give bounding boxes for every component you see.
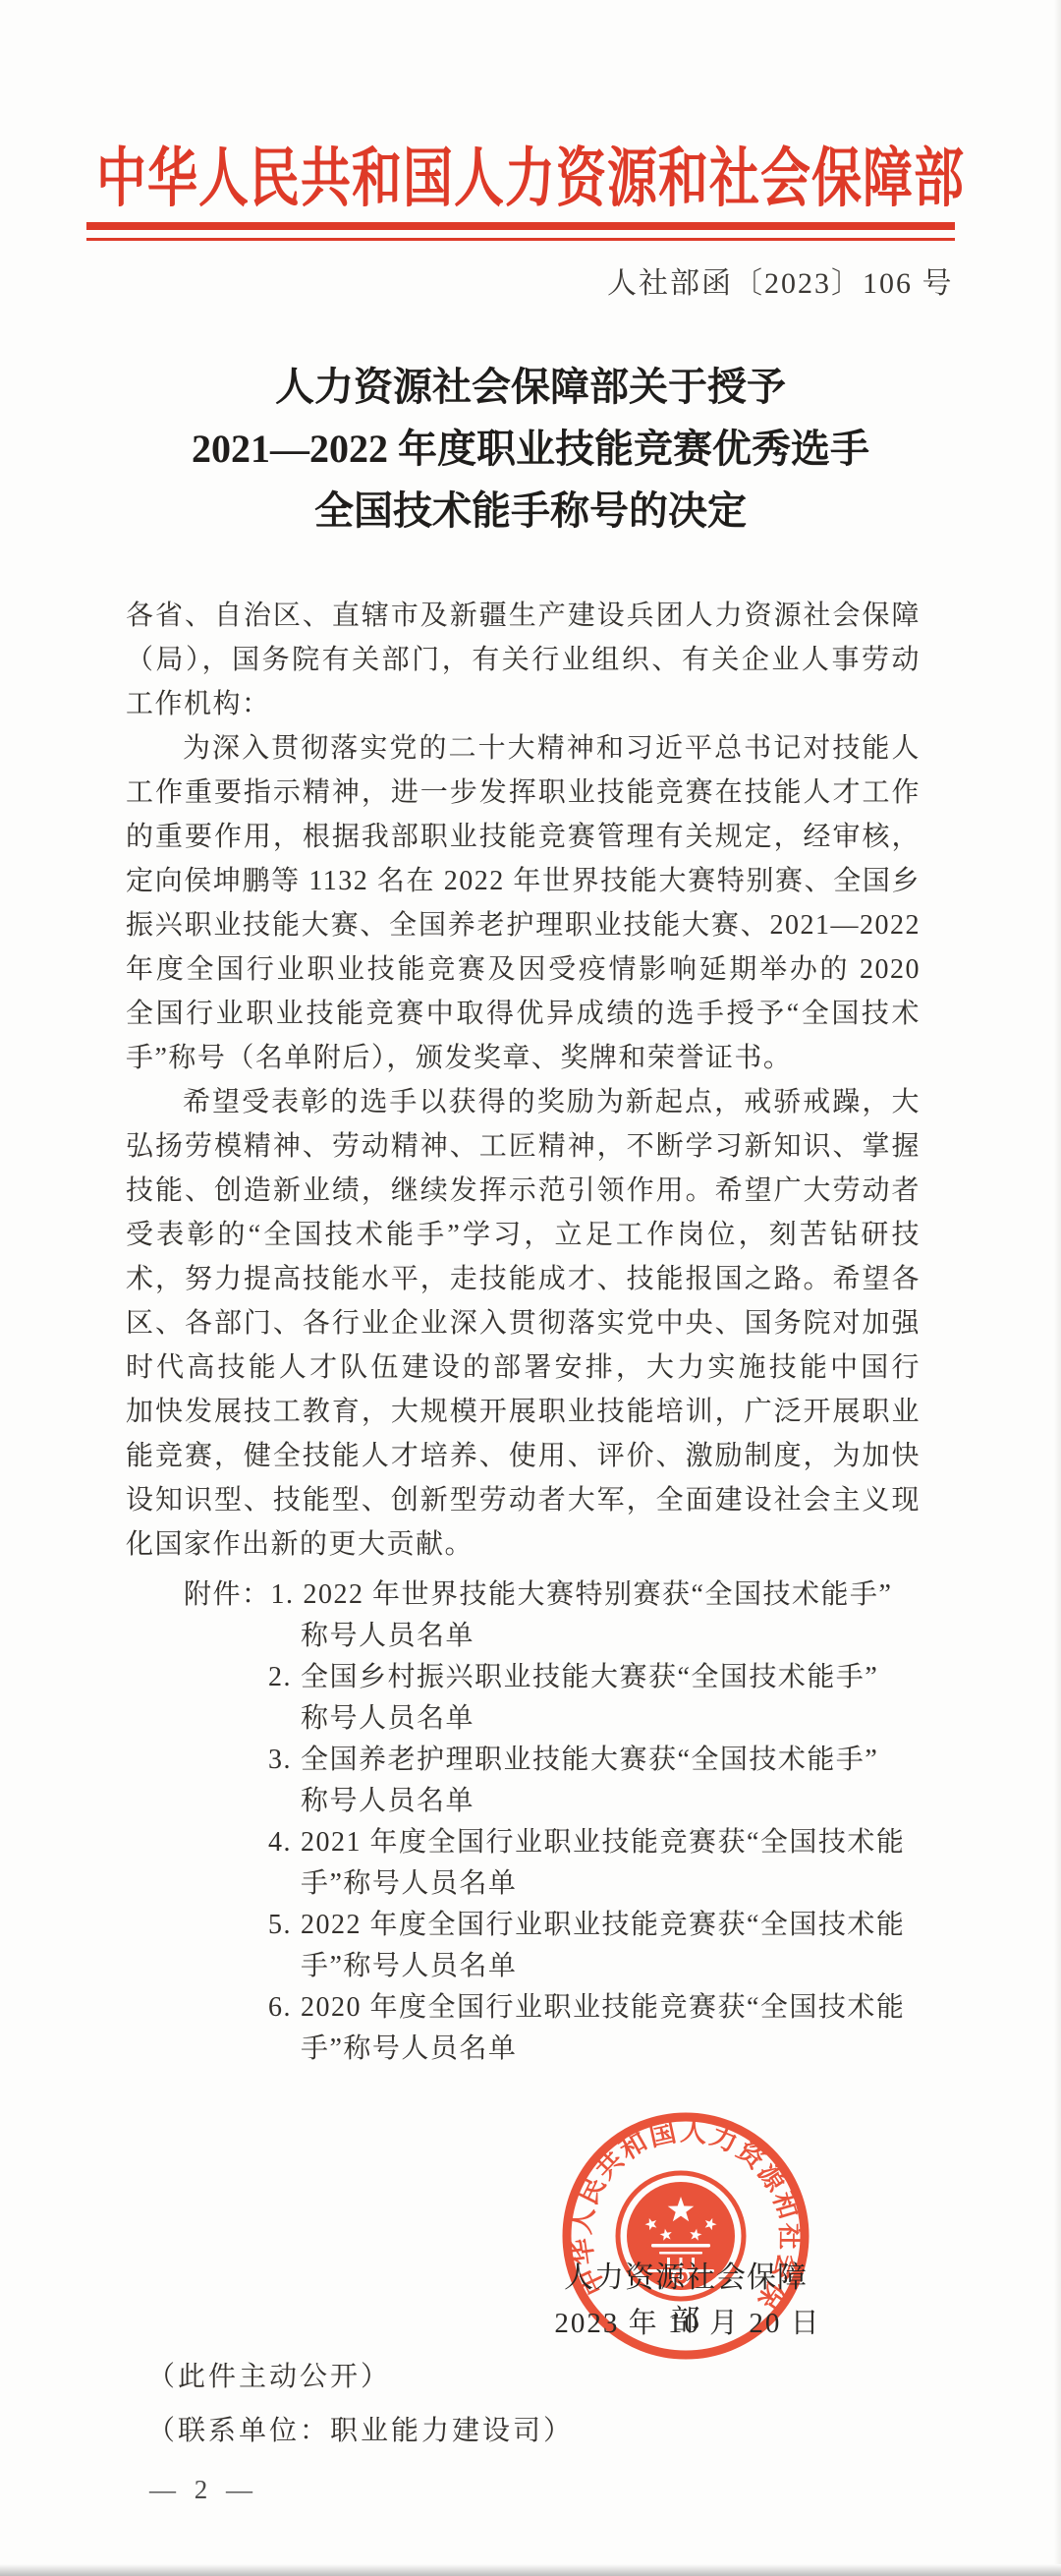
signature-date: 2023 年 10 月 20 日 [530, 2301, 845, 2341]
scanned-official-letter: 中华人民共和国人力资源和社会保障部 人社部函〔2023〕106 号 人力资源社会… [0, 0, 1061, 2576]
body-line: 能竞赛，健全技能人才培养、使用、评价、激励制度，为加快建 [126, 1434, 921, 1478]
attachment-number: 2. [268, 1657, 301, 1698]
attachment-row: 6.2020 年度全国行业职业技能竞赛获“全国技术能 [184, 1987, 950, 2029]
document-title: 人力资源社会保障部关于授予 2021—2022 年度职业技能竞赛优秀选手 全国技… [0, 356, 1061, 542]
body-line: 为深入贯彻落实党的二十大精神和习近平总书记对技能人才 [126, 726, 921, 771]
red-rule-thin [86, 238, 955, 241]
attachment-number: 3. [268, 1740, 301, 1781]
title-line-1: 人力资源社会保障部关于授予 [0, 356, 1061, 418]
attachment-row: 称号人员名单 [184, 1781, 950, 1822]
body-line: 化国家作出新的更大贡献。 [126, 1522, 921, 1567]
body-line: 技能、创造新业绩，继续发挥示范引领作用。希望广大劳动者向 [126, 1169, 921, 1213]
title-line-3: 全国技术能手称号的决定 [0, 480, 1061, 542]
body-line: 术，努力提高技能水平，走技能成才、技能报国之路。希望各地 [126, 1257, 921, 1301]
attachment-text: 2022 年世界技能大赛特别赛获“全国技术能手” [304, 1579, 893, 1610]
body-line: 手”称号（名单附后），颁发奖章、奖牌和荣誉证书。 [126, 1036, 921, 1080]
body-line: 工作重要指示精神，进一步发挥职业技能竞赛在技能人才工作中 [126, 771, 921, 815]
attachment-text: 2021 年度全国行业职业技能竞赛获“全国技术能 [301, 1827, 905, 1858]
red-rule-thick [86, 222, 955, 230]
body-line: （局），国务院有关部门，有关行业组织、有关企业人事劳动保障 [126, 638, 921, 682]
attachment-label: 附件： [184, 1579, 271, 1610]
note-proactive-disclosure: （此件主动公开） [147, 2355, 391, 2394]
attachment-row: 5.2022 年度全国行业职业技能竞赛获“全国技术能 [184, 1905, 950, 1946]
body-line: 工作机构： [126, 682, 921, 726]
attachment-row: 手”称号人员名单 [184, 2029, 950, 2070]
body-line: 加快发展技工教育，大规模开展职业技能培训，广泛开展职业技 [126, 1390, 921, 1434]
attachment-number: 5. [268, 1905, 301, 1946]
body-line: 的重要作用，根据我部职业技能竞赛管理有关规定，经审核，决 [126, 815, 921, 859]
attachment-row: 手”称号人员名单 [184, 1946, 950, 1987]
body-line: 定向侯坤鹏等 1132 名在 2022 年世界技能大赛特别赛、全国乡村 [126, 859, 921, 903]
page-number: — 2 — [149, 2475, 258, 2505]
scan-edge-right [1054, 0, 1061, 2576]
title-line-2: 2021—2022 年度职业技能竞赛优秀选手 [0, 418, 1061, 480]
body-line: 振兴职业技能大赛、全国养老护理职业技能大赛、2021—2022 [126, 903, 921, 947]
attachment-number: 6. [268, 1987, 301, 2029]
body-line: 时代高技能人才队伍建设的部署安排，大力实施技能中国行动， [126, 1345, 921, 1390]
attachment-row: 2.全国乡村振兴职业技能大赛获“全国技术能手” [184, 1657, 950, 1698]
document-number: 人社部函〔2023〕106 号 [607, 258, 954, 302]
attachment-row: 4.2021 年度全国行业职业技能竞赛获“全国技术能 [184, 1822, 950, 1863]
body-line: 全国行业职业技能竞赛中取得优异成绩的选手授予“全国技术能 [126, 992, 921, 1036]
attachment-row: 附件：1.2022 年世界技能大赛特别赛获“全国技术能手” [184, 1574, 950, 1616]
attachment-row: 手”称号人员名单 [184, 1863, 950, 1905]
letter-body: 各省、自治区、直辖市及新疆生产建设兵团人力资源社会保障厅 （局），国务院有关部门… [126, 594, 921, 1567]
body-line: 年度全国行业职业技能竞赛及因受疫情影响延期举办的 2020 年 [126, 947, 921, 992]
body-line: 各省、自治区、直辖市及新疆生产建设兵团人力资源社会保障厅 [126, 594, 921, 638]
letterhead-org-title: 中华人民共和国人力资源和社会保障部 [0, 126, 1061, 219]
attachment-list: 附件：1.2022 年世界技能大赛特别赛获“全国技术能手” 称号人员名单 2.全… [184, 1574, 950, 2070]
note-contact-unit: （联系单位：职业能力建设司） [147, 2409, 574, 2448]
body-line: 希望受表彰的选手以获得的奖励为新起点，戒骄戒躁，大力 [126, 1080, 921, 1124]
body-line: 弘扬劳模精神、劳动精神、工匠精神，不断学习新知识、掌握新 [126, 1124, 921, 1169]
attachment-text: 全国养老护理职业技能大赛获“全国技术能手” [301, 1745, 878, 1775]
body-line: 受表彰的“全国技术能手”学习，立足工作岗位，刻苦钻研技 [126, 1213, 921, 1257]
body-line: 区、各部门、各行业企业深入贯彻落实党中央、国务院对加强新 [126, 1301, 921, 1345]
attachment-text: 2020 年度全国行业职业技能竞赛获“全国技术能 [301, 1992, 905, 2023]
body-line: 设知识型、技能型、创新型劳动者大军，全面建设社会主义现代 [126, 1478, 921, 1522]
attachment-row: 称号人员名单 [184, 1698, 950, 1740]
attachment-number: 4. [268, 1822, 301, 1863]
attachment-row: 3.全国养老护理职业技能大赛获“全国技术能手” [184, 1740, 950, 1781]
attachment-text: 2022 年度全国行业职业技能竞赛获“全国技术能 [301, 1910, 905, 1940]
attachment-number: 1. [271, 1574, 304, 1616]
scan-edge-bottom [0, 2564, 1061, 2576]
attachment-row: 称号人员名单 [184, 1616, 950, 1657]
attachment-text: 全国乡村振兴职业技能大赛获“全国技术能手” [301, 1662, 878, 1692]
